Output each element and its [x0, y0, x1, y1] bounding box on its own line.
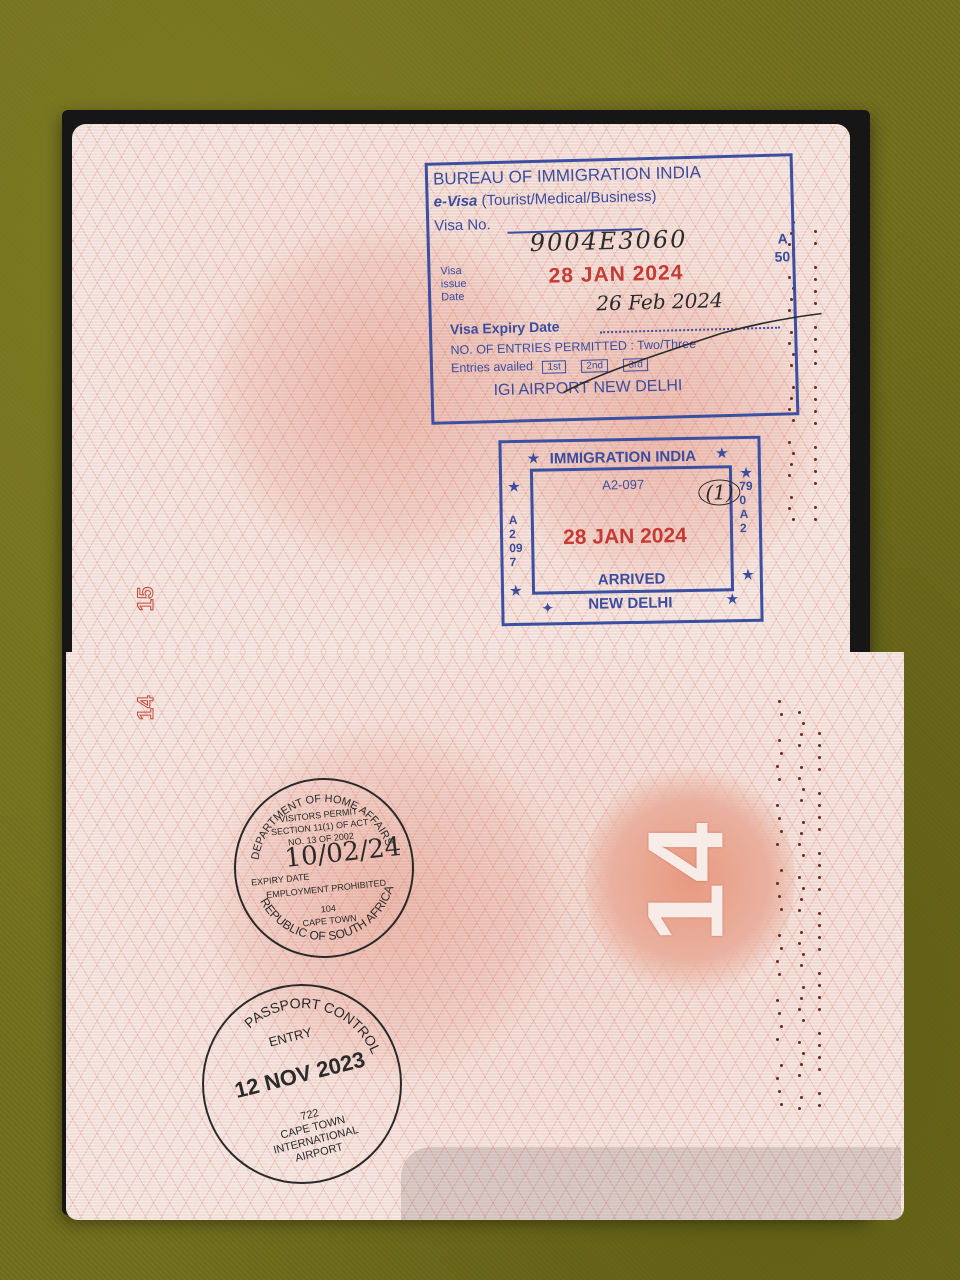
evisa-label: e-Visa (Tourist/Medical/Business): [433, 188, 656, 211]
perforation-dot: [818, 996, 821, 999]
perforation-dot: [814, 266, 817, 269]
handwritten-checkmark: [522, 306, 824, 404]
perforation-dot: [818, 756, 821, 759]
perforation-dot: [798, 777, 801, 780]
perforation-dot: [778, 934, 781, 937]
star-icon: ✦: [542, 600, 553, 616]
perforation-dot: [780, 1103, 783, 1106]
perforation-dot: [814, 518, 817, 521]
perforation-dot: [798, 711, 801, 714]
perforation-dot: [778, 1090, 781, 1093]
perforation-dot: [778, 973, 781, 976]
perforation-dot: [788, 474, 791, 477]
star-icon: ★: [742, 567, 754, 583]
perforation-dot: [802, 854, 805, 857]
star-icon: ★: [510, 583, 522, 599]
sa-visitor-permit-stamp: DEPARTMENT OF HOME AFFAIRS REPUBLIC OF S…: [225, 769, 423, 967]
perforation-dot: [818, 804, 821, 807]
perforation-dot: [818, 876, 821, 879]
code-a: A: [777, 230, 788, 246]
perforation-dot: [802, 887, 805, 890]
perforation-dot: [798, 843, 801, 846]
page-number-15: 15: [133, 587, 159, 611]
perforation-dot: [800, 733, 803, 736]
india-evisa-stamp: BUREAU OF IMMIGRATION INDIA e-Visa (Tour…: [425, 153, 800, 425]
perforation-dot: [780, 752, 783, 755]
perforation-dot: [802, 722, 805, 725]
perforation-dot: [780, 713, 783, 716]
perforation-dot: [776, 804, 779, 807]
issue-label-2: issue: [441, 278, 467, 291]
india-arrival-stamp: IMMIGRATION INDIA A2-097 28 JAN 2024 ARR…: [498, 436, 763, 627]
arrival-title: IMMIGRATION INDIA: [550, 448, 697, 468]
perforation-dot: [800, 799, 803, 802]
perforation-dot: [778, 1012, 781, 1015]
star-icon: ★: [508, 479, 520, 495]
perforation-dot: [818, 888, 821, 891]
perforation-dot: [814, 278, 817, 281]
perforation-dot: [778, 778, 781, 781]
page-number-14: 14: [133, 696, 159, 720]
perforation-dot: [814, 398, 817, 401]
perforation-dot: [780, 830, 783, 833]
perforation-dot: [814, 410, 817, 413]
issue-label-1: Visa: [440, 265, 462, 278]
perforation-dot: [790, 463, 793, 466]
perforation-dot: [814, 506, 817, 509]
perforation-dot: [814, 482, 817, 485]
arrival-status: ARRIVED: [598, 570, 666, 588]
perforation-dot: [776, 765, 779, 768]
code-50: 50: [774, 248, 790, 264]
evisa-types: (Tourist/Medical/Business): [481, 188, 656, 210]
perforation-dot: [818, 792, 821, 795]
perforation-dot: [818, 972, 821, 975]
perforation-dot: [814, 458, 817, 461]
perforation-dot: [792, 518, 795, 521]
arrival-handwritten-mark: (1): [698, 479, 741, 506]
perforation-dot: [800, 766, 803, 769]
perforation-dot: [790, 496, 793, 499]
perforation-dot: [776, 999, 779, 1002]
perforation-dot: [814, 230, 817, 233]
perforation-dot: [818, 864, 821, 867]
perforation-dot: [780, 1064, 783, 1067]
photo-shadow: [401, 1147, 901, 1220]
perforation-dot: [802, 788, 805, 791]
arrival-date: 28 JAN 2024: [563, 524, 687, 550]
perforation-dot: [780, 908, 783, 911]
perforation-dot: [818, 984, 821, 987]
perforation-dot: [798, 942, 801, 945]
perforation-dot: [778, 700, 781, 703]
perforation-dot: [818, 1044, 821, 1047]
perforation-dot: [776, 882, 779, 885]
perforation-dot: [788, 441, 791, 444]
perforation-dot: [776, 1038, 779, 1041]
perforation-dot: [798, 1107, 801, 1110]
perforation-dot: [814, 422, 817, 425]
perforation-dot: [798, 1041, 801, 1044]
perforation-dot: [800, 1063, 803, 1066]
star-icon: ★: [528, 451, 540, 467]
perforation-dot: [818, 1056, 821, 1059]
perforation-dot: [818, 1104, 821, 1107]
arrival-code: A2-097: [602, 477, 644, 493]
entries-availed-label: Entries availed: [451, 359, 533, 375]
perforation-dot: [814, 290, 817, 293]
perforation-dot: [776, 1077, 779, 1080]
perforation-dot: [800, 964, 803, 967]
perforation-dot: [792, 419, 795, 422]
perforation-dot: [780, 947, 783, 950]
visa-no-label: Visa No.: [434, 216, 491, 234]
perforation-dot: [798, 1074, 801, 1077]
visa-issue-date: 28 JAN 2024: [548, 261, 683, 289]
perforation-dot: [814, 242, 817, 245]
perforation-dot: [800, 898, 803, 901]
perforation-dot: [776, 843, 779, 846]
perforation-dot: [778, 817, 781, 820]
perforation-dot: [818, 1092, 821, 1095]
evisa-prefix: e-Visa: [433, 192, 477, 210]
perforation-dot: [814, 470, 817, 473]
perforation-dot: [818, 744, 821, 747]
perforation-dot: [778, 739, 781, 742]
perforation-dot: [818, 1032, 821, 1035]
perforation-dot: [814, 446, 817, 449]
perforation-dot: [802, 821, 805, 824]
perforation-dot: [818, 912, 821, 915]
page-number-watermark: 14: [623, 822, 748, 942]
perforation-dot: [798, 744, 801, 747]
perforation-dot: [788, 507, 791, 510]
perforation-dot: [818, 828, 821, 831]
perforation-dot: [780, 869, 783, 872]
perforation-dot: [802, 986, 805, 989]
perforation-dot: [798, 876, 801, 879]
perforation-dot: [818, 924, 821, 927]
perforation-dot: [802, 953, 805, 956]
arrival-right-code: 790 A2: [739, 479, 754, 535]
perforation-dot: [776, 960, 779, 963]
star-icon: ★: [740, 465, 752, 481]
perforation-dot: [818, 936, 821, 939]
perforation-dot: [818, 1068, 821, 1071]
perforation-dot: [818, 816, 821, 819]
visa-stamp-title: BUREAU OF IMMIGRATION INDIA: [433, 163, 701, 190]
perforation-dot: [780, 1025, 783, 1028]
perforation-dot: [818, 852, 821, 855]
issue-label-3: Date: [441, 291, 465, 304]
arrival-location: NEW DELHI: [588, 594, 672, 612]
perforation-dot: [798, 1008, 801, 1011]
perforation-dot: [818, 768, 821, 771]
perforation-dot: [802, 1019, 805, 1022]
perforation-dot: [778, 895, 781, 898]
perforation-dot: [802, 1052, 805, 1055]
perforation-dot: [814, 302, 817, 305]
perforation-dot: [818, 948, 821, 951]
visa-no-handwritten: 9004E3060: [529, 225, 687, 257]
cape-town-entry-stamp: PASSPORT CONTROL ENTRY 12 NOV 2023 722 C…: [202, 984, 402, 1184]
perforation-dot: [818, 1008, 821, 1011]
star-icon: ★: [716, 445, 728, 461]
star-icon: ★: [726, 591, 738, 607]
arrival-left-code: A2 097: [509, 513, 524, 569]
perforation-dot: [800, 1096, 803, 1099]
perforation-dot: [800, 997, 803, 1000]
perforation-dot: [792, 452, 795, 455]
perforation-dot: [818, 732, 821, 735]
perforation-dot: [798, 909, 801, 912]
perforation-dot: [800, 832, 803, 835]
perforation-dot: [800, 931, 803, 934]
